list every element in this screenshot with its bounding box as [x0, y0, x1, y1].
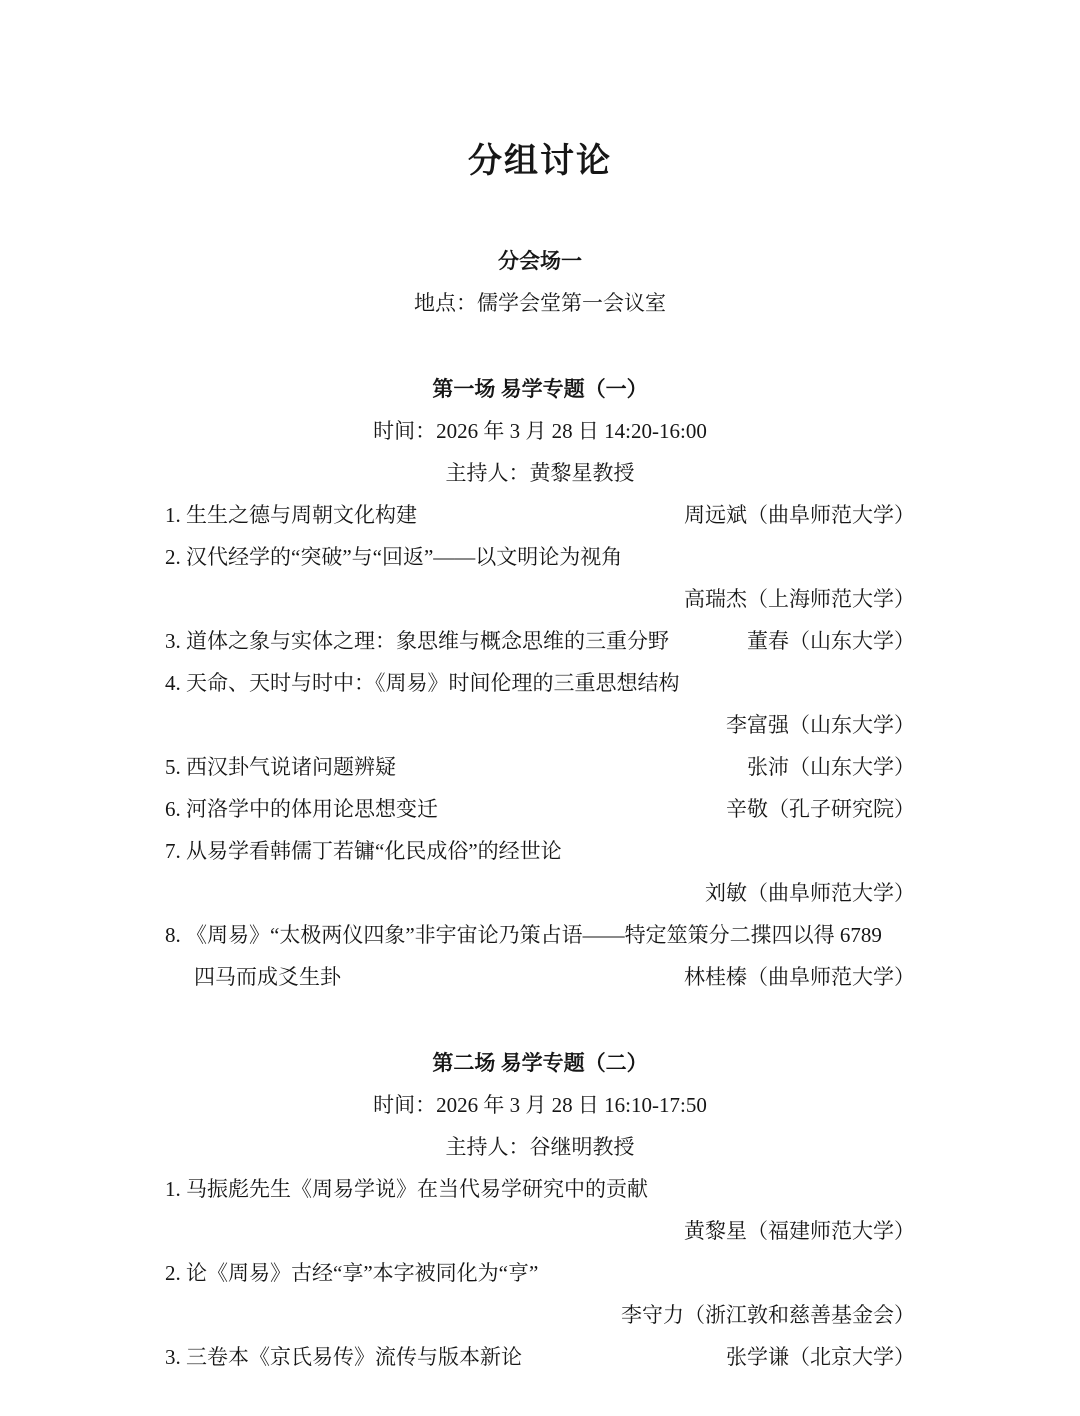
paper-title: 3. 道体之象与实体之理：象思维与概念思维的三重分野: [165, 620, 669, 662]
paper-author: 周远斌（曲阜师范大学）: [684, 494, 915, 536]
paper-author: 张学谦（北京大学）: [726, 1336, 915, 1378]
paper-row: 刘敏（曲阜师范大学）: [165, 872, 915, 914]
paper-author: 李富强（山东大学）: [726, 704, 915, 746]
session-chair: 主持人：黄黎星教授: [165, 452, 915, 494]
paper-row: 李富强（山东大学）: [165, 704, 915, 746]
paper-row: 李守力（浙江敦和慈善基金会）: [165, 1294, 915, 1336]
paper-title: 1. 马振彪先生《周易学说》在当代易学研究中的贡献: [165, 1168, 648, 1210]
paper-title: 6. 河洛学中的体用论思想变迁: [165, 788, 438, 830]
session-heading: 第二场 易学专题（二）: [165, 1042, 915, 1084]
page-title: 分组讨论: [165, 140, 915, 182]
session-block-2: 第二场 易学专题（二） 时间：2026 年 3 月 28 日 16:10-17:…: [165, 1042, 915, 1378]
paper-title: 2. 汉代经学的“突破”与“回返”——以文明论为视角: [165, 536, 622, 578]
paper-title: 1. 生生之德与周朝文化构建: [165, 494, 417, 536]
paper-row: 5. 西汉卦气说诸问题辨疑 张沛（山东大学）: [165, 746, 915, 788]
paper-row: 1. 生生之德与周朝文化构建 周远斌（曲阜师范大学）: [165, 494, 915, 536]
paper-row: 高瑞杰（上海师范大学）: [165, 578, 915, 620]
paper-row: 6. 河洛学中的体用论思想变迁 辛敬（孔子研究院）: [165, 788, 915, 830]
paper-row: 四马而成爻生卦 林桂榛（曲阜师范大学）: [165, 956, 915, 998]
paper-row: 1. 马振彪先生《周易学说》在当代易学研究中的贡献: [165, 1168, 915, 1210]
session-block-1: 第一场 易学专题（一） 时间：2026 年 3 月 28 日 14:20-16:…: [165, 368, 915, 998]
venue-location: 地点：儒学会堂第一会议室: [165, 282, 915, 324]
paper-row: 8. 《周易》“太极两仪四象”非宇宙论乃策占语——特定筮策分二揲四以得 6789: [165, 914, 915, 956]
paper-title: 4. 天命、天时与时中：《周易》时间伦理的三重思想结构: [165, 662, 680, 704]
paper-row: 2. 汉代经学的“突破”与“回返”——以文明论为视角: [165, 536, 915, 578]
venue-name: 分会场一: [165, 240, 915, 282]
session-time: 时间：2026 年 3 月 28 日 14:20-16:00: [165, 410, 915, 452]
session-chair: 主持人：谷继明教授: [165, 1126, 915, 1168]
paper-author: 高瑞杰（上海师范大学）: [684, 578, 915, 620]
document-page: 分组讨论 分会场一 地点：儒学会堂第一会议室 第一场 易学专题（一） 时间：20…: [0, 0, 1080, 1416]
paper-row: 3. 三卷本《京氏易传》流传与版本新论 张学谦（北京大学）: [165, 1336, 915, 1378]
venue-block: 分会场一 地点：儒学会堂第一会议室: [165, 240, 915, 324]
paper-author: 刘敏（曲阜师范大学）: [705, 872, 915, 914]
paper-author: 董春（山东大学）: [747, 620, 915, 662]
paper-title: 8. 《周易》“太极两仪四象”非宇宙论乃策占语——特定筮策分二揲四以得 6789: [165, 914, 882, 956]
session-heading: 第一场 易学专题（一）: [165, 368, 915, 410]
paper-list: 1. 马振彪先生《周易学说》在当代易学研究中的贡献 黄黎星（福建师范大学） 2.…: [165, 1168, 915, 1378]
paper-title: 5. 西汉卦气说诸问题辨疑: [165, 746, 396, 788]
paper-author: 张沛（山东大学）: [747, 746, 915, 788]
session-time: 时间：2026 年 3 月 28 日 16:10-17:50: [165, 1084, 915, 1126]
paper-row: 3. 道体之象与实体之理：象思维与概念思维的三重分野 董春（山东大学）: [165, 620, 915, 662]
paper-title: 3. 三卷本《京氏易传》流传与版本新论: [165, 1336, 522, 1378]
paper-row: 黄黎星（福建师范大学）: [165, 1210, 915, 1252]
paper-title: 7. 从易学看韩儒丁若镛“化民成俗”的经世论: [165, 830, 562, 872]
paper-row: 4. 天命、天时与时中：《周易》时间伦理的三重思想结构: [165, 662, 915, 704]
paper-row: 7. 从易学看韩儒丁若镛“化民成俗”的经世论: [165, 830, 915, 872]
paper-author: 辛敬（孔子研究院）: [726, 788, 915, 830]
paper-title: 2. 论《周易》古经“享”本字被同化为“亨”: [165, 1252, 538, 1294]
paper-row: 2. 论《周易》古经“享”本字被同化为“亨”: [165, 1252, 915, 1294]
paper-author: 林桂榛（曲阜师范大学）: [684, 956, 915, 998]
paper-title-continued: 四马而成爻生卦: [165, 956, 341, 998]
paper-list: 1. 生生之德与周朝文化构建 周远斌（曲阜师范大学） 2. 汉代经学的“突破”与…: [165, 494, 915, 998]
paper-author: 李守力（浙江敦和慈善基金会）: [621, 1294, 915, 1336]
paper-author: 黄黎星（福建师范大学）: [684, 1210, 915, 1252]
